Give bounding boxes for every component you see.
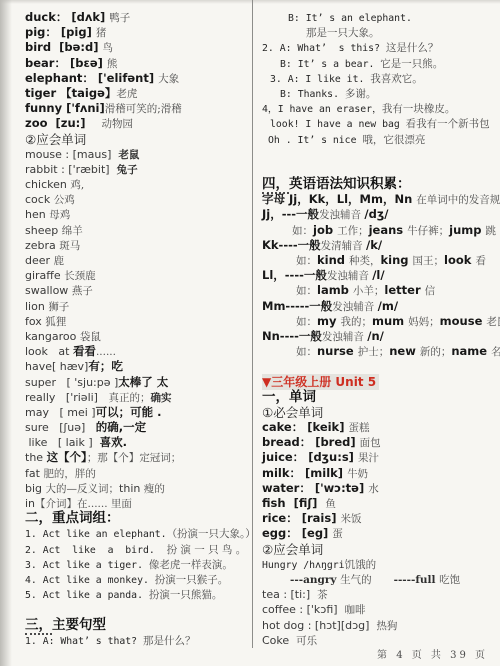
text-segment: 发清辅音 — [321, 240, 366, 252]
text-line: fox 狐狸 — [25, 314, 251, 329]
text-segment: Jj，---一般 — [262, 207, 319, 221]
text-segment: zebra — [25, 239, 59, 252]
text-segment: juice： [dʒu:s] — [262, 450, 358, 464]
text-segment: water： ['wɔ:tə] — [262, 481, 368, 495]
text-segment: -----full — [372, 574, 440, 586]
text-segment: 滑稽可笑的;滑稽 — [105, 103, 182, 115]
text-segment: 蛋 — [332, 528, 343, 540]
text-line: 一，单词 — [262, 390, 496, 405]
text-line: rice： [rais] 米饭 — [262, 511, 496, 526]
text-segment: mum — [372, 314, 408, 328]
text-segment: 我有一块橡皮。 — [382, 103, 456, 115]
text-line: 3. Act like a tiger. 像老虎一样表演。 — [25, 557, 251, 572]
text-segment: 热狗 — [376, 620, 397, 632]
text-segment: 公鸡 — [54, 194, 75, 206]
page-edge-shadow-left — [0, 0, 12, 666]
text-line: super [ 'sju:pə ]太棒了 太 — [25, 375, 251, 390]
text-segment: swallow — [25, 284, 72, 297]
text-segment: lion — [25, 300, 48, 313]
text-segment: 英语语法知识积累： — [289, 176, 411, 192]
text-segment: elephant： ['elifənt] — [25, 71, 158, 85]
text-line: 2. Act like a bird. 扮 演 一 只 鸟 。 — [25, 542, 251, 557]
text-line: rabbit : ['ræbit] 兔子 — [25, 162, 251, 177]
text-line: 三，主要句型 — [25, 618, 251, 633]
text-segment: really ['riəli] — [25, 391, 108, 404]
text-line: 2. A: What’ s this? 这是什么？ — [262, 40, 496, 55]
text-line: lion 狮子 — [25, 299, 251, 314]
text-segment: jeans — [369, 223, 408, 237]
text-line: may [ mei ]可以；可能 . — [25, 405, 251, 420]
text-segment: 动物园 — [102, 118, 134, 130]
text-segment: 确实 — [150, 392, 171, 404]
text-segment: 字母 Jj，Kk，Ll，Mm，Nn — [262, 192, 416, 206]
text-segment: 鹿 — [54, 255, 65, 267]
text-segment: 鸭子 — [109, 12, 130, 24]
text-line: kangaroo 袋鼠 — [25, 329, 251, 344]
text-segment: 狮子 — [48, 301, 69, 313]
text-line: pig： [pig] 猪 — [25, 25, 251, 40]
text-segment: 鸡, — [70, 179, 84, 191]
text-segment: 发浊辅音 — [319, 209, 364, 221]
text-segment: Mm-----一般 — [262, 299, 332, 313]
text-line: big 大的—反义词；thin 瘦的 — [25, 481, 251, 496]
text-line: milk： [milk] 牛奶 — [262, 466, 496, 481]
text-segment: 可乐 — [296, 635, 317, 647]
text-line: Hungry /hʌŋgri饥饿的 — [262, 557, 496, 572]
text-segment: deer — [25, 254, 54, 267]
text-segment: 如： — [296, 346, 317, 358]
text-segment: 小羊； — [353, 285, 385, 297]
text-segment: Oh . It’ s nice — [268, 135, 362, 146]
text-segment: sure [ʃuə] — [25, 421, 96, 434]
text-segment: 像老虎一样表演。 — [149, 559, 233, 571]
text-segment: 鸟 — [102, 42, 113, 54]
text-line: 如：lamb 小羊；letter 信 — [262, 283, 496, 298]
text-segment: /m/ — [378, 299, 398, 313]
text-segment: 生气的 — [340, 574, 372, 586]
text-segment: ---angry — [290, 574, 340, 586]
text-line: 1. A: What’ s that? 那是什么？ — [25, 633, 251, 648]
text-segment: kangaroo — [25, 330, 80, 343]
text-segment: 面包 — [360, 437, 381, 449]
text-segment: kind — [317, 253, 349, 267]
text-segment: 真正的； — [108, 392, 150, 404]
text-line: Oh . It’ s nice 哦，它很漂亮 — [262, 132, 496, 147]
text-line: hot dog : [hɔt][dɔg] 热狗 — [262, 618, 496, 633]
text-segment: Nn----一般 — [262, 329, 322, 343]
text-segment: 可以；可能 . — [96, 405, 162, 419]
text-line: ②应会单词 — [262, 542, 496, 557]
text-segment: /k/ — [366, 238, 382, 252]
text-line: ①必会单词 — [262, 405, 496, 420]
text-line: ---angry 生气的 -----full 吃饱 — [262, 572, 496, 587]
text-segment: bear： [bɛə] — [25, 56, 107, 70]
text-segment: 这是什么？ — [386, 42, 439, 54]
text-segment: 燕子 — [72, 285, 93, 297]
text-segment: （扮演一只大象。） — [167, 528, 256, 540]
text-segment: ②应会单词 — [25, 132, 86, 147]
text-segment: 种类， — [349, 255, 381, 267]
text-segment: 饥饿的 — [345, 559, 377, 571]
text-segment: bird [bə:d] — [25, 40, 102, 54]
text-line: duck： [dʌk] 鸭子 — [25, 10, 251, 25]
text-line: the 这【个】；那【个】定冠词； — [25, 450, 251, 465]
text-segment: nurse — [317, 344, 358, 358]
text-segment: 2. Act like a bird. — [25, 545, 167, 556]
text-segment: 新的； — [420, 346, 452, 358]
text-line: have[ hæv]有；吃 — [25, 359, 251, 374]
text-segment: Kk----一般 — [262, 238, 321, 252]
text-segment: tiger 【taigə】 — [25, 86, 116, 100]
text-segment: 2. A: What’ s this? — [262, 43, 386, 54]
text-segment: 水 — [368, 483, 379, 495]
text-segment: B: It’ s an elephant. — [288, 13, 412, 24]
text-segment: 如： — [296, 316, 317, 328]
text-line: B: It’ s a bear. 它是一只熊。 — [262, 56, 496, 71]
text-segment: 鱼 — [325, 498, 336, 510]
text-line: sure [ʃuə] 的确,一定 — [25, 420, 251, 435]
text-segment: 我的； — [340, 316, 372, 328]
text-segment: 茶 — [317, 589, 328, 601]
text-segment: 扮 演 一 只 鸟 。 — [167, 544, 247, 556]
text-line: in【介词】在...... 里面 — [25, 496, 251, 511]
text-segment: cock — [25, 193, 54, 206]
text-segment: 发浊辅音 — [322, 331, 367, 343]
text-line: 如：job 工作；jeans 牛仔裤；jump 跳 — [262, 223, 496, 238]
text-line: ▼三年级上册 Unit 5 — [262, 375, 496, 390]
text-segment: the — [25, 451, 47, 464]
text-line: Nn----一般发浊辅音 /n/ — [262, 329, 496, 344]
text-segment: have[ hæv] — [25, 360, 88, 373]
text-segment: jump — [449, 223, 485, 237]
text-segment: fox — [25, 315, 45, 328]
text-segment: duck： [dʌk] — [25, 10, 109, 24]
text-segment: 如： — [296, 255, 317, 267]
text-segment: 4，I have an eraser， — [262, 104, 382, 115]
text-segment: look at — [25, 345, 73, 358]
text-segment: 名字 — [491, 346, 500, 358]
text-segment: fish [fiʃ] — [262, 496, 325, 510]
text-segment: rice： [rais] — [262, 511, 340, 525]
text-segment: 【介词】在...... 里面 — [35, 498, 132, 510]
text-segment: 老鼠； — [486, 316, 500, 328]
text-segment: 信 — [425, 285, 436, 297]
text-segment: like [ laik ] — [25, 436, 100, 449]
text-segment: 长颈鹿 — [64, 270, 96, 282]
text-segment: 斑马 — [59, 240, 80, 252]
text-line: 4，I have an eraser，我有一块橡皮。 — [262, 101, 496, 116]
text-line: hen 母鸡 — [25, 207, 251, 222]
text-line: 如：my 我的；mum 妈妈；mouse 老鼠； — [262, 314, 496, 329]
text-segment: 三， — [25, 617, 52, 635]
text-segment: /l/ — [372, 268, 384, 282]
text-segment: chicken — [25, 178, 70, 191]
text-line: zoo [zu:] 动物园 — [25, 116, 251, 131]
text-line: swallow 燕子 — [25, 283, 251, 298]
text-segment: 母鸡 — [49, 209, 70, 221]
text-segment: big — [25, 482, 46, 495]
text-line: 3. A: I like it. 我喜欢它。 — [262, 71, 496, 86]
text-segment: 的确,一定 — [96, 420, 146, 434]
text-segment: Ll，----一般 — [262, 268, 327, 282]
text-segment: 哦，它很漂亮 — [362, 134, 425, 146]
text-line: mouse : [maus] 老鼠 — [25, 147, 251, 162]
text-segment: B: It’ s a bear. — [280, 59, 380, 70]
text-segment: mouse — [440, 314, 487, 328]
text-line: ②应会单词 — [25, 132, 251, 147]
text-segment: 大象 — [158, 73, 179, 85]
text-line: look at 看看...... — [25, 344, 251, 359]
text-line: cake： [keik] 蛋糕 — [262, 420, 496, 435]
text-segment: 看看 — [73, 344, 96, 358]
text-segment: 这【个】 — [47, 450, 87, 464]
text-line: giraffe 长颈鹿 — [25, 268, 251, 283]
text-segment: 绵羊 — [62, 225, 83, 237]
text-segment: hot dog : [hɔt][dɔg] — [262, 619, 376, 632]
text-segment: 它是一只熊。 — [380, 58, 443, 70]
text-segment: super [ 'sju:pə ] — [25, 376, 118, 389]
text-segment: job — [313, 223, 337, 237]
text-segment: pig： [pig] — [25, 25, 96, 39]
text-line — [262, 147, 496, 162]
text-segment: new — [389, 344, 420, 358]
text-line: tiger 【taigə】老虎 — [25, 86, 251, 101]
text-segment: 5. Act like a panda. — [25, 590, 149, 601]
text-line: 如：nurse 护士；new 新的；name 名字 — [262, 344, 496, 359]
text-segment: 扮演一只猴子。 — [155, 574, 229, 586]
text-line: coffee : ['kɔfi] 咖啡 — [262, 602, 496, 617]
text-segment: /dʒ/ — [364, 207, 388, 221]
text-segment: 如： — [296, 285, 317, 297]
text-segment: 老鼠 — [118, 149, 139, 161]
text-segment: ②应会单词 — [262, 542, 323, 557]
text-segment: tea : [ti:] — [262, 588, 317, 601]
text-line: 二，重点词组： — [25, 511, 251, 526]
text-segment: 太棒了 太 — [118, 375, 168, 389]
text-segment: 熊 — [107, 58, 118, 70]
text-segment: 猪 — [96, 27, 107, 39]
text-line: sheep 绵羊 — [25, 223, 251, 238]
text-segment: ▼三年级上册 Unit 5 — [262, 374, 379, 390]
text-line: Mm-----一般发浊辅音 /m/ — [262, 299, 496, 314]
document-page: duck： [dʌk] 鸭子pig： [pig] 猪bird [bə:d] 鸟b… — [0, 0, 500, 666]
text-line: like [ laik ] 喜欢. — [25, 435, 251, 450]
text-line: chicken 鸡, — [25, 177, 251, 192]
text-segment: name — [451, 344, 491, 358]
text-segment: 瘦的 — [144, 483, 165, 495]
text-line: water： ['wɔ:tə] 水 — [262, 481, 496, 496]
text-segment: in — [25, 497, 35, 510]
left-column: duck： [dʌk] 鸭子pig： [pig] 猪bird [bə:d] 鸟b… — [25, 10, 251, 648]
text-line: bread： [bred] 面包 — [262, 435, 496, 450]
text-line: bird [bə:d] 鸟 — [25, 40, 251, 55]
text-segment: 4. Act like a monkey. — [25, 575, 155, 586]
text-segment: coffee : ['kɔfi] — [262, 603, 345, 616]
text-line: 如：kind 种类，king 国王；look 看 — [262, 253, 496, 268]
text-segment: look — [444, 253, 475, 267]
text-segment: 咖啡 — [345, 604, 366, 616]
text-line: elephant： ['elifənt] 大象 — [25, 71, 251, 86]
text-segment: 3. Act like a tiger. — [25, 560, 149, 571]
text-line: tea : [ti:] 茶 — [262, 587, 496, 602]
text-line — [25, 602, 251, 617]
text-segment: 扮演一只熊猫。 — [149, 589, 223, 601]
text-segment: 大的—反义词； — [46, 483, 120, 495]
text-segment: sheep — [25, 224, 62, 237]
text-segment: 喜欢. — [100, 435, 127, 449]
text-segment: 如： — [292, 225, 313, 237]
text-segment: 发浊辅音 — [332, 301, 377, 313]
text-line: fat 肥的，胖的 — [25, 466, 251, 481]
text-segment: 袋鼠 — [80, 331, 101, 343]
text-segment: 狐狸 — [45, 316, 66, 328]
text-segment: B: Thanks. — [280, 89, 345, 100]
text-line: deer 鹿 — [25, 253, 251, 268]
text-line: fish [fiʃ] 鱼 — [262, 496, 496, 511]
text-segment: 牛奶 — [347, 468, 368, 480]
text-line: B: It’ s an elephant. — [262, 10, 496, 25]
text-segment: hen — [25, 208, 49, 221]
text-segment: /n/ — [367, 329, 384, 343]
text-segment: mouse : [maus] — [25, 148, 118, 161]
text-segment: cake： [keik] — [262, 420, 348, 434]
text-line: 四，英语语法知识积累： — [262, 177, 496, 192]
text-segment: 在单词中的发音规则： — [416, 194, 500, 206]
text-segment: 护士； — [358, 346, 390, 358]
text-segment: ...... — [96, 346, 116, 358]
text-line: 字母 Jj，Kk，Ll，Mm，Nn 在单词中的发音规则： — [262, 192, 496, 207]
text-line: zebra 斑马 — [25, 238, 251, 253]
text-segment: 吃饱 — [439, 574, 460, 586]
text-segment: 3. A: I like it. — [270, 74, 370, 85]
text-segment: ；那【个】 — [87, 452, 140, 464]
text-segment: 有；吃 — [88, 359, 123, 373]
text-segment: 多谢。 — [345, 88, 377, 100]
text-segment: 老虎 — [116, 88, 137, 100]
text-segment: ①必会单词 — [262, 405, 323, 420]
text-segment: 1. Act like an elephant. — [25, 529, 167, 540]
text-line: 4. Act like a monkey. 扮演一只猴子。 — [25, 572, 251, 587]
text-segment: 果汁 — [358, 452, 379, 464]
text-segment: 兔子 — [117, 164, 138, 176]
text-segment: my — [317, 314, 340, 328]
text-segment: 米饭 — [340, 513, 361, 525]
text-segment: 主要句型 — [52, 617, 106, 633]
text-segment: funny ['fʌni] — [25, 101, 105, 115]
text-segment: zoo [zu:] — [25, 116, 102, 130]
text-segment: 二，重点词组： — [25, 510, 120, 526]
right-column: B: It’ s an elephant.那是一只大象。2. A: What’ … — [262, 10, 496, 648]
text-segment: 看 — [475, 255, 486, 267]
text-line: really ['riəli] 真正的；确实 — [25, 390, 251, 405]
text-line: Kk----一般发清辅音 /k/ — [262, 238, 496, 253]
text-segment: may [ mei ] — [25, 406, 96, 419]
text-segment: look! I have a new bag — [270, 119, 406, 130]
text-line: juice： [dʒu:s] 果汁 — [262, 450, 496, 465]
text-segment: 一，单词 — [262, 389, 316, 405]
text-segment: 牛仔裤； — [407, 225, 449, 237]
text-segment: 1. A: What’ s that? — [25, 636, 143, 647]
text-line: B: Thanks. 多谢。 — [262, 86, 496, 101]
text-segment: bread： [bred] — [262, 435, 360, 449]
text-segment: 蛋糕 — [348, 422, 369, 434]
text-segment: 妈妈； — [408, 316, 440, 328]
text-segment: 看我有一个新书包 — [406, 118, 490, 130]
text-segment: fat — [25, 467, 43, 480]
text-segment: letter — [384, 283, 424, 297]
text-line: Ll，----一般发浊辅音 /l/ — [262, 268, 496, 283]
text-segment: Hungry /hʌŋgri — [262, 560, 345, 571]
text-segment: 肥的，胖的 — [43, 468, 96, 480]
text-segment: rabbit : ['ræbit] — [25, 163, 117, 176]
text-segment: 工作； — [337, 225, 369, 237]
text-line — [262, 162, 496, 177]
column-divider-line — [252, 0, 253, 648]
text-segment: 跳 — [485, 225, 496, 237]
text-line: cock 公鸡 — [25, 192, 251, 207]
text-line: look! I have a new bag 看我有一个新书包 — [262, 116, 496, 131]
text-segment: milk： [milk] — [262, 466, 347, 480]
text-segment: 定冠词； — [139, 452, 181, 464]
text-segment: 那是一只大象。 — [306, 27, 380, 39]
text-line: bear： [bɛə] 熊 — [25, 56, 251, 71]
text-segment: 我喜欢它。 — [370, 73, 423, 85]
page-number-footer: 第 4 页 共 39 页 — [377, 646, 488, 661]
text-segment: 发浊辅音 — [327, 270, 372, 282]
text-line: 那是一只大象。 — [262, 25, 496, 40]
text-segment: king — [381, 253, 413, 267]
text-segment: egg： [eg] — [262, 526, 332, 540]
text-line: 5. Act like a panda. 扮演一只熊猫。 — [25, 587, 251, 602]
text-segment: giraffe — [25, 269, 64, 282]
text-segment: 那是什么？ — [143, 635, 196, 647]
text-line: egg： [eg] 蛋 — [262, 526, 496, 541]
text-segment: thin — [119, 482, 144, 495]
text-line: funny ['fʌni]滑稽可笑的;滑稽 — [25, 101, 251, 116]
text-segment: 国王； — [413, 255, 445, 267]
text-segment: lamb — [317, 283, 353, 297]
text-line — [262, 359, 496, 374]
page-edge-shadow-top — [0, 0, 500, 4]
text-line: 1. Act like an elephant.（扮演一只大象。） — [25, 526, 251, 541]
text-segment: Coke — [262, 634, 296, 647]
text-line: Jj，---一般发浊辅音 /dʒ/ — [262, 207, 496, 222]
